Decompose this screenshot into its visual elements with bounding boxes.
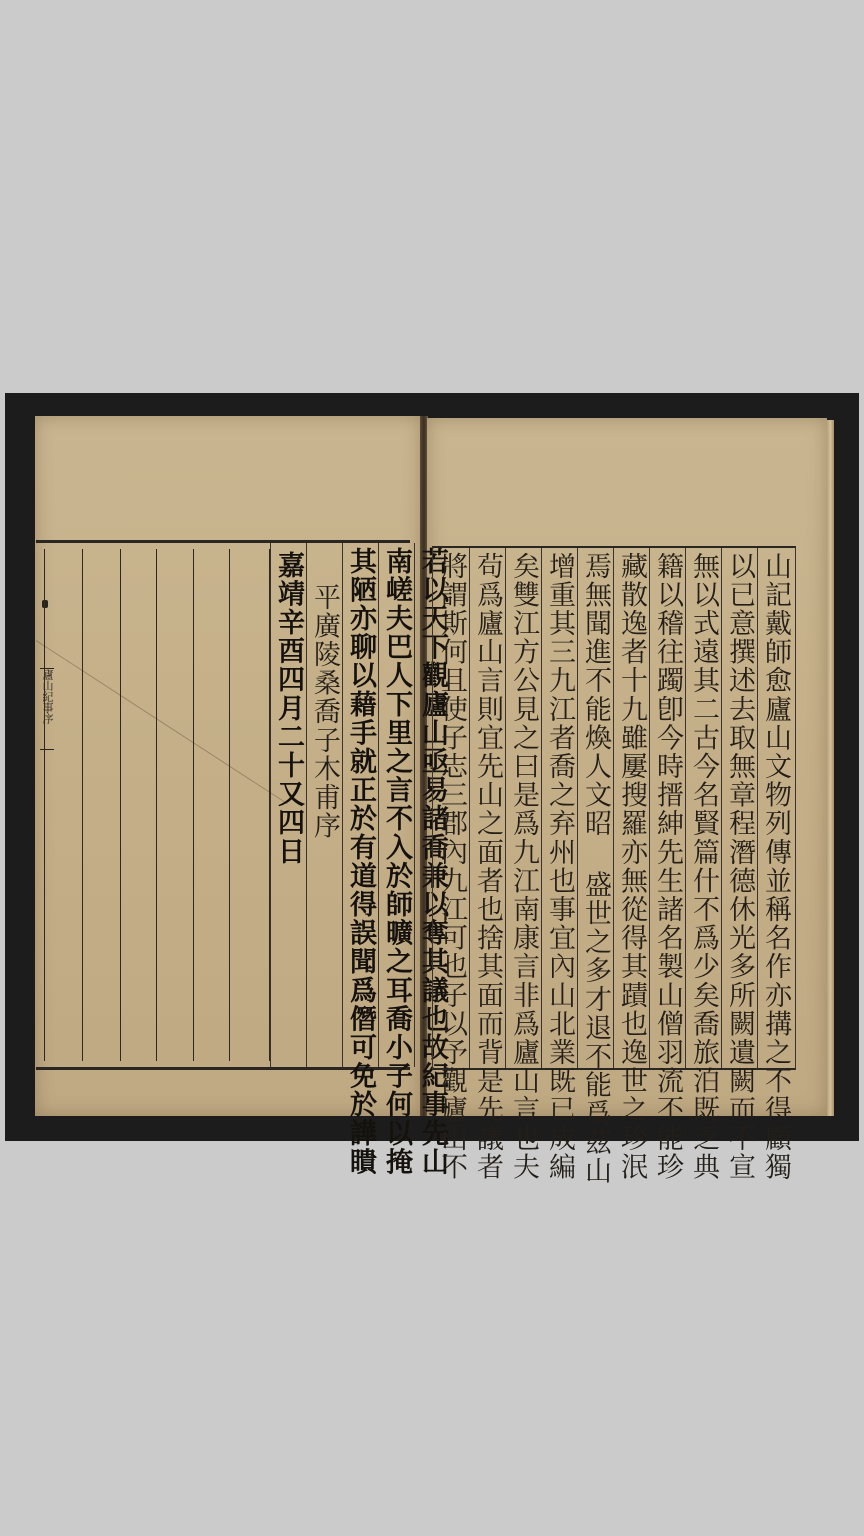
text-column: 增重其三九江者喬之弃州也事宜內山北業既已成編 bbox=[541, 548, 577, 1068]
blank-column bbox=[193, 549, 194, 1061]
blank-column bbox=[229, 549, 230, 1061]
blank-column bbox=[120, 549, 121, 1061]
text-column: 南嵯夫巴人下里之言不入於師曠之耳喬小子何以掩 bbox=[378, 543, 414, 1067]
right-text-frame: 將謂斯何且使子志三郡內九江可也子以予觀廬山不 茍爲廬山言則宜先山之面者也捨其面而… bbox=[432, 546, 796, 1070]
blank-column bbox=[156, 549, 157, 1061]
text-column: 藏散逸者十九雖屢搜羅亦無從得其蹟也逸世之珍泯 bbox=[613, 548, 649, 1068]
text-column-date: 嘉靖辛酉四月二十又四日 bbox=[270, 543, 306, 1067]
text-column: 無以式遠其二古今名賢篇什不爲少矣喬旅泊既乏典 bbox=[685, 548, 721, 1068]
text-column: 茍爲廬山言則宜先山之面者也捨其面而背是先議者 bbox=[469, 548, 505, 1068]
text-column: 矣雙江方公見之曰是爲九江南康言非爲廬山言也夫 bbox=[505, 548, 541, 1068]
blank-column bbox=[82, 549, 83, 1061]
text-column: 將謂斯何且使子志三郡內九江可也子以予觀廬山不 bbox=[433, 548, 469, 1068]
page-edge-stack bbox=[827, 420, 834, 1116]
text-column: 籍以稽往躅卽今時搢紳先生諸名製山僧羽流不能珍 bbox=[649, 548, 685, 1068]
text-column: 以已意撰述去取無章程潛德休光多所闕遺闕而不宣 bbox=[721, 548, 757, 1068]
text-column: 其陋亦聊以藉手就正於有道得誤聞爲僭可免於譁瞶 bbox=[342, 543, 378, 1067]
text-column: 焉無聞進不能煥人文昭 盛世之多才退不能爲茲山 bbox=[577, 548, 613, 1068]
blank-column bbox=[44, 549, 45, 1061]
left-text-frame: 嘉靖辛酉四月二十又四日 平廣陵桑喬子木甫序 其陋亦聊以藉手就正於有道得誤聞爲僭可… bbox=[36, 540, 410, 1070]
text-column-signature: 平廣陵桑喬子木甫序 bbox=[306, 543, 342, 1067]
text-column: 山記戴師愈廬山文物列傳並稱名作亦搆之不得顧獨 bbox=[757, 548, 793, 1068]
